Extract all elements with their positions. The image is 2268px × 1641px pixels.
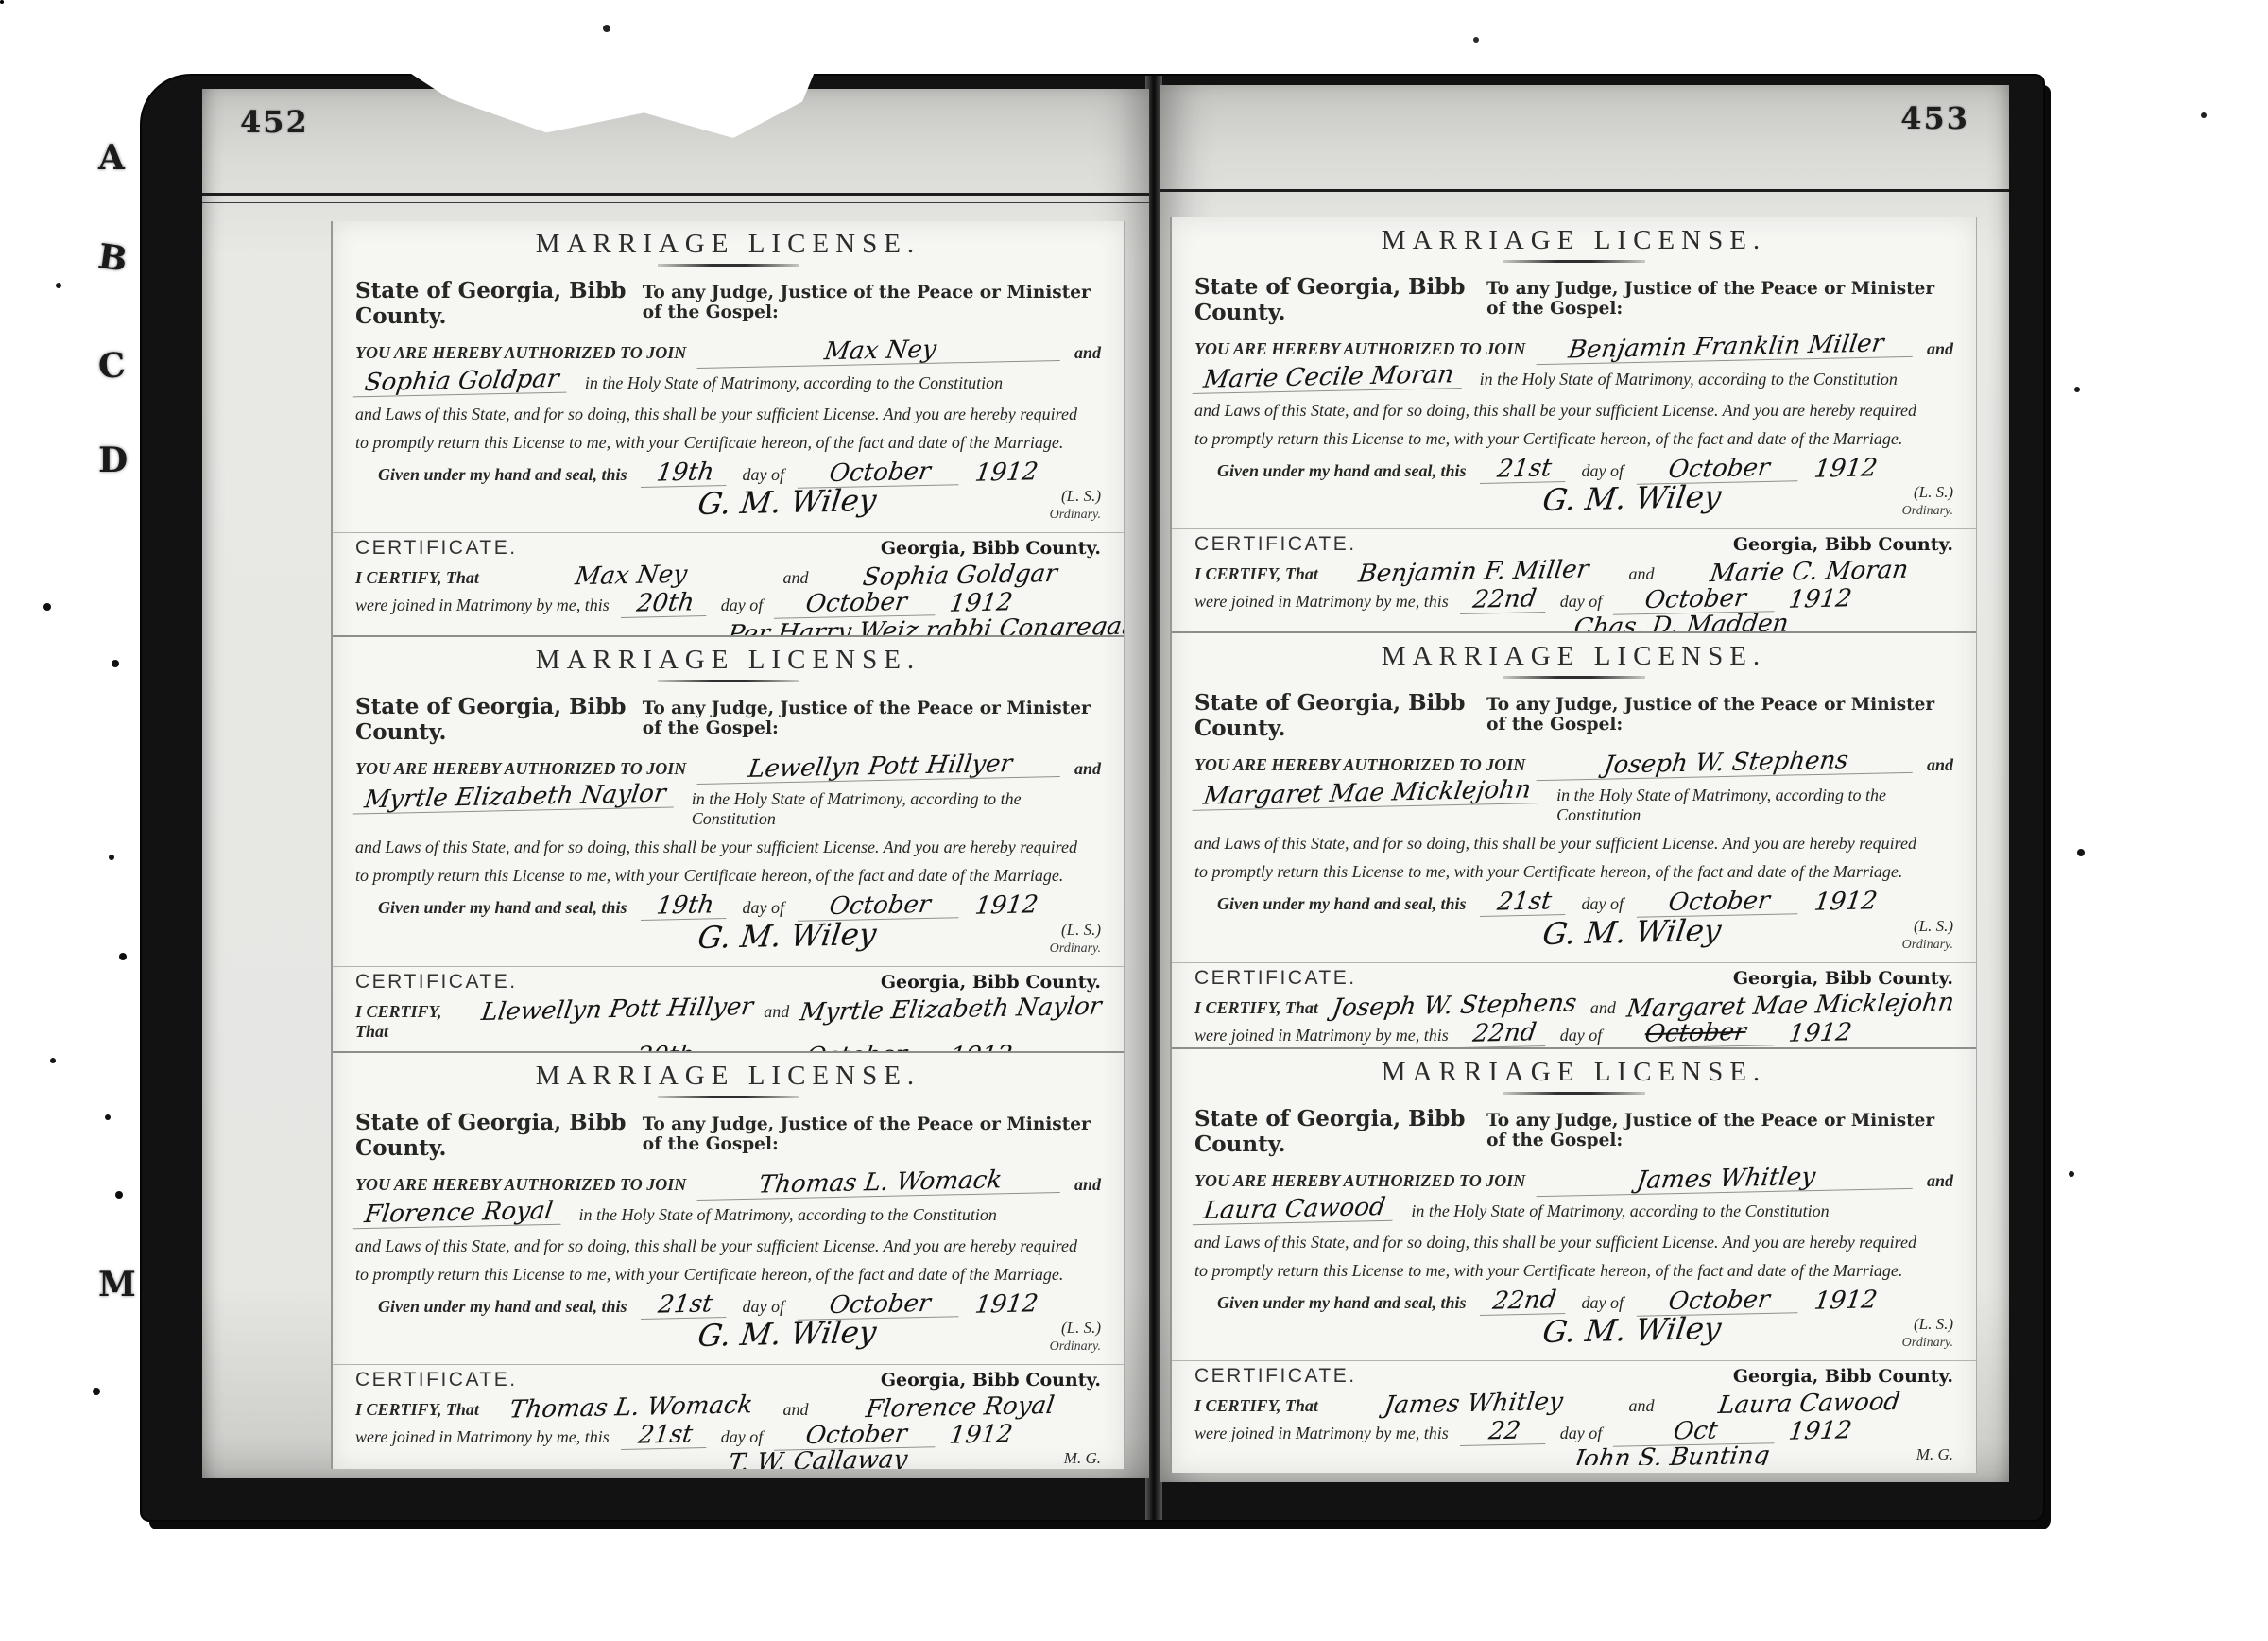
certificate-separator: [333, 1364, 1124, 1365]
cert-bride-name: Sophia Goldgar: [817, 561, 1103, 593]
certificate-separator: [1172, 962, 1976, 963]
cert-and-label: and: [1628, 564, 1654, 584]
state-header: State of Georgia, Bibb County.: [1194, 1106, 1486, 1157]
minister-initials: M. G.: [1916, 1445, 1953, 1464]
ordinary-label: Ordinary.: [1050, 508, 1101, 523]
margin-index-letter: D: [98, 440, 128, 480]
authorize-label: YOU ARE HEREBY AUTHORIZED TO JOIN: [1194, 339, 1525, 359]
officiant-signature: Chas. D. Madden: [1572, 612, 1789, 633]
license-form-panel: MARRIAGE LICENSE. State of Georgia, Bibb…: [1170, 217, 1977, 1473]
groom-name: James Whitley: [1537, 1163, 1916, 1198]
and-label: and: [1927, 755, 1953, 775]
license-day: 19th: [640, 892, 729, 921]
license-day: 22nd: [1479, 1287, 1568, 1316]
day-of-label: day of: [743, 898, 785, 918]
cert-groom-name: James Whitley: [1328, 1389, 1620, 1421]
ordinary-label: Ordinary.: [1050, 941, 1101, 957]
groom-name: Max Ney: [697, 335, 1064, 369]
cert-day: 22nd: [1460, 586, 1549, 614]
certificate-separator: [1172, 528, 1976, 529]
cert-year: 1912: [1787, 1418, 1853, 1445]
page-left: 452 MARRIAGE LICENSE. State of Georgia, …: [202, 89, 1149, 1478]
given-label: Given under my hand and seal, this: [378, 465, 627, 485]
cert-day-of-label: day of: [721, 1427, 764, 1447]
seal-label: (L. S.): [1902, 483, 1953, 502]
matrimony-line: in the Holy State of Matrimony, accordin…: [692, 789, 1101, 829]
cert-groom-name: Benjamin F. Miller: [1328, 557, 1620, 589]
ordinary-signature: G. M. Wiley: [696, 1317, 878, 1353]
joined-label: were joined in Matrimony by me, this: [1194, 1026, 1449, 1045]
seal-label: (L. S.): [1050, 487, 1101, 506]
minister-initials: M. G.: [1064, 1449, 1101, 1468]
authorize-label: YOU ARE HEREBY AUTHORIZED TO JOIN: [355, 343, 686, 363]
day-of-label: day of: [1582, 1293, 1624, 1313]
cert-year: 1912: [948, 1422, 1014, 1449]
cert-groom-name: Max Ney: [489, 561, 774, 593]
page-right: 453 MARRIAGE LICENSE. State of Georgia, …: [1160, 85, 2009, 1482]
seal-label: (L. S.): [1050, 1319, 1101, 1338]
license-section: MARRIAGE LICENSE. State of Georgia, Bibb…: [1172, 633, 1976, 1049]
cert-bride-name: Margaret Mae Micklejohn: [1624, 990, 1955, 1023]
ordinary-signature: G. M. Wiley: [696, 485, 878, 521]
certificate-heading: CERTIFICATE.: [355, 537, 518, 560]
county-label: Georgia, Bibb County.: [881, 972, 1101, 993]
cert-bride-name: Florence Royal: [817, 1392, 1103, 1425]
ordinary-label: Ordinary.: [1050, 1339, 1101, 1355]
return-line: to promptly return this License to me, w…: [355, 433, 1063, 453]
cert-day-of-label: day of: [1560, 1026, 1603, 1045]
certify-label: I CERTIFY, That: [355, 568, 479, 588]
cert-month: October: [774, 589, 938, 619]
cert-bride-name: Marie C. Moran: [1663, 557, 1955, 589]
ordinary-label: Ordinary.: [1902, 504, 1953, 519]
return-line: to promptly return this License to me, w…: [1194, 429, 1902, 449]
joined-label: were joined in Matrimony by me, this: [355, 596, 610, 615]
certify-label: I CERTIFY, That: [355, 1002, 471, 1042]
matrimony-line: in the Holy State of Matrimony, accordin…: [579, 1205, 997, 1225]
certificate-heading: CERTIFICATE.: [1194, 1365, 1357, 1388]
groom-name: Joseph W. Stephens: [1537, 747, 1916, 782]
cert-bride-name: Myrtle Elizabeth Naylor: [799, 993, 1104, 1026]
matrimony-line: in the Holy State of Matrimony, accordin…: [585, 373, 1003, 393]
county-label: Georgia, Bibb County.: [1733, 1366, 1953, 1387]
cert-month: October: [774, 1042, 938, 1053]
given-label: Given under my hand and seal, this: [1217, 894, 1467, 914]
matrimony-line: in the Holy State of Matrimony, accordin…: [1480, 370, 1898, 389]
section-title: MARRIAGE LICENSE.: [1194, 641, 1953, 672]
seal-label: (L. S.): [1902, 917, 1953, 936]
license-section: MARRIAGE LICENSE. State of Georgia, Bibb…: [1172, 217, 1976, 633]
title-divider: [658, 680, 799, 682]
title-divider: [1503, 1092, 1645, 1095]
groom-name: Thomas L. Womack: [697, 1166, 1064, 1201]
page-number: 453: [1900, 100, 1969, 136]
and-label: and: [1074, 1175, 1101, 1195]
officiant-signature: John S. Bunting: [1572, 1443, 1770, 1465]
cert-day: 22: [1460, 1418, 1549, 1446]
certify-label: I CERTIFY, That: [1194, 1396, 1318, 1416]
county-label: Georgia, Bibb County.: [1733, 968, 1953, 989]
given-label: Given under my hand and seal, this: [1217, 461, 1467, 481]
license-day: 19th: [640, 459, 729, 488]
cert-and-label: and: [764, 1002, 789, 1022]
given-label: Given under my hand and seal, this: [378, 898, 627, 918]
laws-line: and Laws of this State, and for so doing…: [355, 838, 1077, 857]
margin-index-letter: B: [95, 236, 129, 280]
bride-name: Florence Royal: [353, 1199, 564, 1230]
matrimony-line: in the Holy State of Matrimony, accordin…: [1556, 786, 1953, 825]
cert-and-label: and: [782, 568, 808, 588]
state-header: State of Georgia, Bibb County.: [1194, 274, 1486, 325]
cert-and-label: and: [782, 1400, 808, 1420]
ordinary-signature: G. M. Wiley: [1541, 1313, 1724, 1349]
matrimony-line: in the Holy State of Matrimony, accordin…: [1411, 1201, 1829, 1221]
groom-name: Lewellyn Pott Hillyer: [697, 751, 1064, 785]
license-section: MARRIAGE LICENSE. State of Georgia, Bibb…: [1172, 1049, 1976, 1465]
license-form-panel: MARRIAGE LICENSE. State of Georgia, Bibb…: [331, 221, 1125, 1469]
license-section: MARRIAGE LICENSE. State of Georgia, Bibb…: [333, 1053, 1124, 1469]
seal-label: (L. S.): [1050, 921, 1101, 940]
joined-label: were joined in Matrimony by me, this: [355, 1427, 610, 1447]
license-day: 21st: [1479, 456, 1568, 484]
scan-speckles: [0, 0, 4, 4]
section-title: MARRIAGE LICENSE.: [355, 229, 1101, 260]
certificate-heading: CERTIFICATE.: [1194, 533, 1357, 556]
laws-line: and Laws of this State, and for so doing…: [355, 1236, 1077, 1256]
cert-groom-name: Thomas L. Womack: [489, 1392, 774, 1425]
joined-label: were joined in Matrimony by me, this: [1194, 1424, 1449, 1443]
page-number: 452: [240, 104, 309, 140]
officiant-signature: T. W. Callaway: [726, 1448, 908, 1469]
addressee-line: To any Judge, Justice of the Peace or Mi…: [643, 699, 1101, 738]
certificate-heading: CERTIFICATE.: [355, 1369, 518, 1391]
license-day: 21st: [640, 1291, 729, 1320]
license-section: MARRIAGE LICENSE. State of Georgia, Bibb…: [333, 637, 1124, 1053]
margin-index-letter: A: [98, 138, 125, 178]
addressee-line: To any Judge, Justice of the Peace or Mi…: [1486, 695, 1953, 734]
margin-index-letter: C: [97, 345, 128, 387]
ordinary-label: Ordinary.: [1902, 938, 1953, 953]
title-divider: [1503, 676, 1645, 679]
county-label: Georgia, Bibb County.: [881, 1370, 1101, 1391]
section-title: MARRIAGE LICENSE.: [355, 645, 1101, 676]
groom-name: Benjamin Franklin Miller: [1537, 331, 1916, 366]
addressee-line: To any Judge, Justice of the Peace or Mi…: [643, 1114, 1101, 1154]
addressee-line: To any Judge, Justice of the Peace or Mi…: [1486, 1111, 1953, 1150]
certify-label: I CERTIFY, That: [1194, 998, 1318, 1018]
cert-bride-name: Laura Cawood: [1663, 1389, 1955, 1421]
cert-day: 22nd: [1460, 1020, 1549, 1048]
ordinary-label: Ordinary.: [1902, 1336, 1953, 1351]
bride-name: Laura Cawood: [1193, 1195, 1397, 1226]
day-of-label: day of: [743, 465, 785, 485]
and-label: and: [1927, 1171, 1953, 1191]
license-year: 1912: [1813, 1287, 1879, 1315]
laws-line: and Laws of this State, and for so doing…: [1194, 401, 1916, 421]
certify-label: I CERTIFY, That: [1194, 564, 1318, 584]
return-line: to promptly return this License to me, w…: [355, 866, 1063, 886]
return-line: to promptly return this License to me, w…: [355, 1265, 1063, 1285]
title-divider: [1503, 260, 1645, 263]
license-section: MARRIAGE LICENSE. State of Georgia, Bibb…: [333, 221, 1124, 637]
section-title: MARRIAGE LICENSE.: [1194, 225, 1953, 256]
license-year: 1912: [973, 1291, 1039, 1319]
ordinary-signature: G. M. Wiley: [1541, 481, 1724, 517]
certificate-separator: [333, 532, 1124, 533]
license-day: 21st: [1479, 889, 1568, 917]
authorize-label: YOU ARE HEREBY AUTHORIZED TO JOIN: [1194, 755, 1525, 775]
cert-and-label: and: [1628, 1396, 1654, 1416]
license-year: 1912: [973, 459, 1039, 487]
cert-day-of-label: day of: [721, 596, 764, 615]
cert-day-of-label: day of: [1560, 592, 1603, 612]
laws-line: and Laws of this State, and for so doing…: [1194, 834, 1916, 854]
license-year: 1912: [973, 893, 1039, 921]
and-label: and: [1074, 759, 1101, 779]
and-label: and: [1927, 339, 1953, 359]
authorize-label: YOU ARE HEREBY AUTHORIZED TO JOIN: [1194, 1171, 1525, 1191]
margin-index-letter: M: [98, 1265, 136, 1304]
return-line: to promptly return this License to me, w…: [1194, 1261, 1902, 1281]
laws-line: and Laws of this State, and for so doing…: [355, 405, 1077, 424]
section-title: MARRIAGE LICENSE.: [355, 1061, 1101, 1092]
title-divider: [658, 1096, 799, 1098]
cert-year: 1912: [1787, 586, 1853, 613]
cert-year: 1912: [948, 1043, 1014, 1053]
seal-label: (L. S.): [1902, 1315, 1953, 1334]
cert-day: 20th: [621, 1043, 710, 1053]
state-header: State of Georgia, Bibb County.: [1194, 690, 1486, 741]
section-title: MARRIAGE LICENSE.: [1194, 1057, 1953, 1088]
cert-day: 20th: [621, 590, 710, 618]
state-header: State of Georgia, Bibb County.: [355, 1110, 643, 1161]
day-of-label: day of: [1582, 461, 1624, 481]
certificate-separator: [333, 966, 1124, 967]
cert-day-of-label: day of: [1560, 1424, 1603, 1443]
cert-groom-name: Joseph W. Stephens: [1328, 991, 1582, 1022]
state-header: State of Georgia, Bibb County.: [355, 694, 643, 745]
license-year: 1912: [1813, 890, 1879, 917]
cert-groom-name: Llewellyn Pott Hillyer: [480, 994, 755, 1026]
ordinary-signature: G. M. Wiley: [1541, 915, 1724, 951]
state-header: State of Georgia, Bibb County.: [355, 278, 643, 329]
day-of-label: day of: [1582, 894, 1624, 914]
certificate-separator: [1172, 1360, 1976, 1361]
addressee-line: To any Judge, Justice of the Peace or Mi…: [643, 283, 1101, 322]
authorize-label: YOU ARE HEREBY AUTHORIZED TO JOIN: [355, 1175, 686, 1195]
county-label: Georgia, Bibb County.: [881, 538, 1101, 559]
bride-name: Marie Cecile Moran: [1193, 362, 1465, 394]
return-line: to promptly return this License to me, w…: [1194, 862, 1902, 882]
bride-name: Sophia Goldpar: [353, 367, 570, 398]
cert-day: 21st: [621, 1422, 710, 1450]
cert-year: 1912: [948, 590, 1014, 617]
title-divider: [658, 264, 799, 267]
joined-label: were joined in Matrimony by me, this: [1194, 592, 1449, 612]
ordinary-signature: G. M. Wiley: [696, 919, 878, 955]
certificate-heading: CERTIFICATE.: [355, 971, 518, 993]
and-label: and: [1074, 343, 1101, 363]
certificate-heading: CERTIFICATE.: [1194, 967, 1357, 990]
bride-name: Margaret Mae Micklejohn: [1192, 777, 1541, 811]
addressee-line: To any Judge, Justice of the Peace or Mi…: [1486, 279, 1953, 319]
county-label: Georgia, Bibb County.: [1733, 534, 1953, 555]
day-of-label: day of: [743, 1297, 785, 1317]
license-year: 1912: [1813, 456, 1879, 483]
certify-label: I CERTIFY, That: [355, 1400, 479, 1420]
given-label: Given under my hand and seal, this: [1217, 1293, 1467, 1313]
laws-line: and Laws of this State, and for so doing…: [1194, 1233, 1916, 1252]
bride-name: Myrtle Elizabeth Naylor: [353, 782, 678, 815]
cert-and-label: and: [1590, 998, 1616, 1018]
book-spread: 452 MARRIAGE LICENSE. State of Georgia, …: [142, 76, 2043, 1520]
given-label: Given under my hand and seal, this: [378, 1297, 627, 1317]
cert-year: 1912: [1787, 1020, 1853, 1047]
authorize-label: YOU ARE HEREBY AUTHORIZED TO JOIN: [355, 759, 686, 779]
